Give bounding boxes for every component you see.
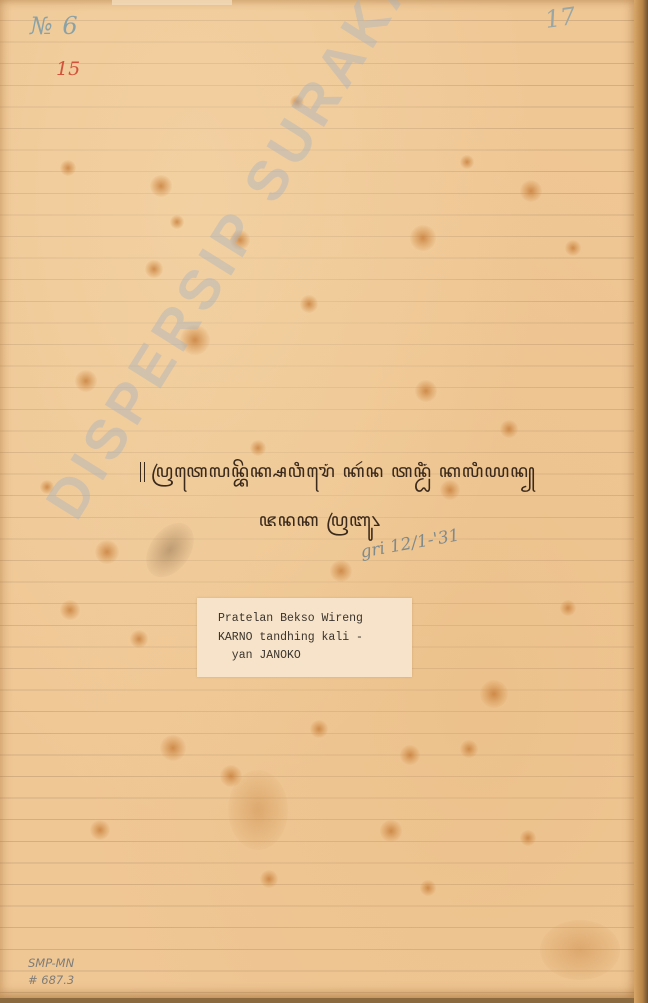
paper-tab (112, 0, 232, 5)
catalog-number-note: № 6 (30, 12, 79, 40)
javanese-title-text-1: ꦥꦿꦠꦺꦭꦤ꧀ꦧꦼꦏ꧀ꦱꦮꦶꦫꦺꦁ ꦏꦂꦤ ꦠꦤ꧀ꦝꦶꦁ ꦏꦭꦶꦪꦤ꧀ (151, 461, 536, 482)
foxing-stain (520, 830, 536, 846)
label-line-3: yan JANOKO (218, 649, 301, 662)
corner-pencil-mark: 17 (543, 2, 577, 34)
folio-number-note: 15 (56, 58, 80, 80)
foxing-stain (260, 870, 278, 888)
pada-mark-icon (140, 462, 145, 482)
foxing-stain (230, 230, 250, 250)
foxing-stain (380, 820, 402, 842)
typed-title-text: Pratelan Bekso Wireng KARNO tandhing kal… (218, 610, 408, 666)
foxing-stain (170, 215, 184, 229)
foxing-stain (480, 680, 508, 708)
foxing-stain (150, 175, 172, 197)
archive-watermark: DISPERSIP SURAKARTA (32, 0, 499, 530)
label-line-1: Pratelan Bekso Wireng (218, 612, 363, 625)
foxing-stain (420, 880, 436, 896)
foxing-stain (400, 745, 420, 765)
foxing-stain (180, 325, 210, 355)
foxing-stain (145, 260, 163, 278)
water-stain (228, 770, 288, 850)
shelfmark-line-1: SMP-MN (28, 955, 74, 972)
water-stain (540, 920, 620, 980)
foxing-stain (40, 480, 54, 494)
foxing-stain (130, 630, 148, 648)
foxing-stain (415, 380, 437, 402)
manuscript-page: № 6 15 17 ꦥꦿꦠꦺꦭꦤ꧀ꦧꦼꦏ꧀ꦱꦮꦶꦫꦺꦁ ꦏꦂꦤ ꦠꦤ꧀ꦝꦶꦁ ꦏ… (0, 0, 642, 998)
shelfmark-note: SMP-MN # 687.3 (28, 955, 74, 989)
foxing-stain (160, 735, 186, 761)
foxing-stain (250, 440, 266, 456)
foxing-stain (460, 740, 478, 758)
foxing-stain (75, 370, 97, 392)
foxing-stain (500, 420, 518, 438)
shelfmark-line-2: # 687.3 (28, 972, 74, 989)
label-line-2: KARNO tandhing kali - (218, 631, 363, 644)
foxing-stain (300, 295, 318, 313)
foxing-stain (60, 160, 76, 176)
foxing-stain (565, 240, 581, 256)
foxing-stain (520, 180, 542, 202)
foxing-stain (330, 560, 352, 582)
foxing-stain (90, 820, 110, 840)
foxing-stain (60, 600, 80, 620)
foxing-stain (290, 95, 304, 109)
javanese-title-line-1: ꦥꦿꦠꦺꦭꦤ꧀ꦧꦼꦏ꧀ꦱꦮꦶꦫꦺꦁ ꦏꦂꦤ ꦠꦤ꧀ꦝꦶꦁ ꦏꦭꦶꦪꦤ꧀ (140, 458, 500, 494)
foxing-stain (310, 720, 328, 738)
foxing-stain (95, 540, 119, 564)
foxing-stain (410, 225, 436, 251)
foxing-stain (460, 155, 474, 169)
binding-edge (634, 0, 648, 1003)
foxing-stain (560, 600, 576, 616)
typed-title-label: Pratelan Bekso Wireng KARNO tandhing kal… (197, 598, 412, 677)
